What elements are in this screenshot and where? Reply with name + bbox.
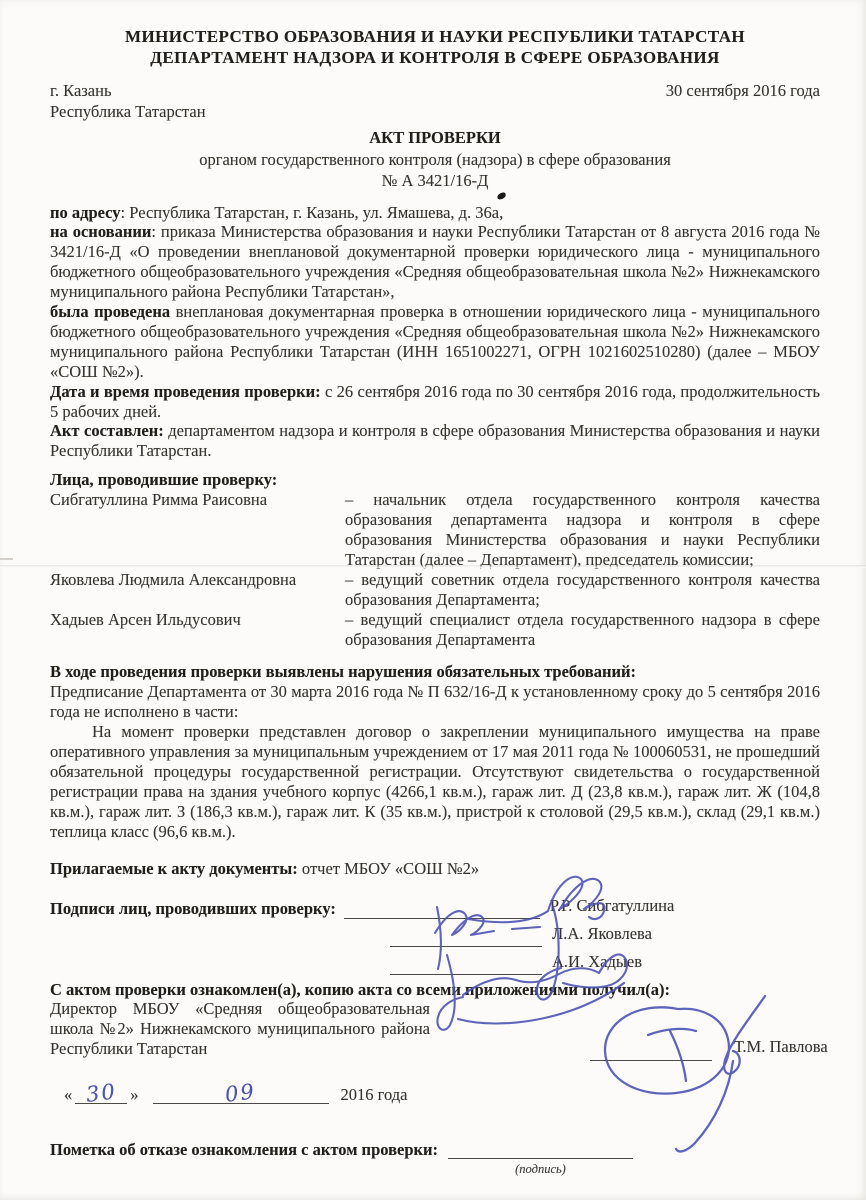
document-header: МИНИСТЕРСТВО ОБРАЗОВАНИЯ И НАУКИ РЕСПУБЛ… <box>50 26 820 68</box>
signatures-block: Подписи лиц, проводивших проверку: Р.Р. … <box>50 891 820 975</box>
inspector-role: – начальник отдела государственного конт… <box>345 490 820 570</box>
address-text: : Республика Татарстан, г. Казань, ул. Я… <box>121 203 504 222</box>
document-title: АКТ ПРОВЕРКИ <box>50 127 820 149</box>
paragraph-conducted: была проведена внеплановая документарная… <box>50 302 820 382</box>
recipient-signature-underline <box>590 1060 712 1061</box>
place-date-row: г. Казань Республика Татарстан 30 сентяб… <box>50 81 820 122</box>
inspector-name: Сибгатуллина Римма Раисовна <box>50 490 345 570</box>
basis-text: : приказа Министерства образования и нау… <box>50 222 820 301</box>
refusal-underline <box>448 1140 633 1159</box>
composed-text: департаментом надзора и контроля в сфере… <box>50 421 820 460</box>
acknowledgement-row: Директор МБОУ «Средняя общеобразовательн… <box>50 999 820 1061</box>
signature-underline <box>390 946 542 947</box>
document-number: № А 3421/16-Д <box>50 170 820 192</box>
refusal-caption: (подпись) <box>448 1160 633 1180</box>
conducted-label: была проведена <box>50 302 170 321</box>
signature-underline <box>344 918 540 919</box>
signature-row: А.И. Хадыев <box>50 947 820 975</box>
basis-label: на основании <box>50 222 151 241</box>
handwritten-month: 09 <box>224 1082 257 1106</box>
attachments-label: Прилагаемые к акту документы: <box>50 859 298 878</box>
signature-underline <box>390 974 542 975</box>
paragraph-datetime: Дата и время проведения проверки: с 26 с… <box>50 382 820 422</box>
department-name: ДЕПАРТАМЕНТ НАДЗОРА И КОНТРОЛЯ В СФЕРЕ О… <box>50 47 820 68</box>
violations-section: Предписание Департамента от 30 марта 201… <box>50 682 820 841</box>
address-label: по адресу <box>50 203 121 222</box>
title-block: АКТ ПРОВЕРКИ органом государственного ко… <box>50 127 820 192</box>
signature-row: Л.А. Яковлева <box>50 919 820 947</box>
inspector-row: Хадыев Арсен Ильдусович – ведущий специа… <box>50 610 820 650</box>
inspectors-list: Сибгатуллина Римма Раисовна – начальник … <box>50 490 820 649</box>
document-subtitle: органом государственного контроля (надзо… <box>50 149 820 171</box>
attachments-line: Прилагаемые к акту документы: отчет МБОУ… <box>50 859 820 879</box>
handwritten-day: 30 <box>85 1082 118 1106</box>
paragraph-basis: на основании: приказа Министерства образ… <box>50 222 820 302</box>
scanned-document-page: МИНИСТЕРСТВО ОБРАЗОВАНИЯ И НАУКИ РЕСПУБЛ… <box>0 0 866 1200</box>
ministry-name: МИНИСТЕРСТВО ОБРАЗОВАНИЯ И НАУКИ РЕСПУБЛ… <box>50 26 820 47</box>
inspector-role: – ведущий специалист отдела государствен… <box>345 610 820 650</box>
inspectors-heading: Лица, проводившие проверку: <box>50 470 820 490</box>
scan-edge-mark <box>0 558 13 560</box>
inspector-row: Сибгатуллина Римма Раисовна – начальник … <box>50 490 820 570</box>
acknowledgement-heading: С актом проверки ознакомлен(а), копию ак… <box>50 980 820 1000</box>
datetime-label: Дата и время проведения проверки: <box>50 382 321 401</box>
document-date: 30 сентября 2016 года <box>666 81 820 102</box>
inspector-row: Яковлева Людмила Александровна – ведущий… <box>50 570 820 610</box>
year-text: 2016 года <box>341 1085 408 1105</box>
inspector-name: Хадыев Арсен Ильдусович <box>50 610 345 650</box>
recipient-title: Директор МБОУ «Средняя общеобразовательн… <box>50 999 430 1061</box>
scan-seam-artifact <box>0 565 866 568</box>
violations-paragraph-1: Предписание Департамента от 30 марта 201… <box>50 682 820 722</box>
month-slot: 09 <box>153 1083 329 1105</box>
quote-close: » <box>130 1085 138 1105</box>
day-slot: 30 <box>75 1083 127 1105</box>
inspector-name: Яковлева Людмила Александровна <box>50 570 345 610</box>
inspector-signature-name: Р.Р. Сибгатуллина <box>550 896 674 919</box>
acknowledgement-date-row: « 30 » 09 2016 года <box>50 1074 820 1104</box>
refusal-label: Пометка об отказе ознакомления с актом п… <box>50 1140 438 1160</box>
signatures-label: Подписи лиц, проводивших проверку: <box>50 899 336 919</box>
inspector-role: – ведущий советник отдела государственно… <box>345 570 820 610</box>
refusal-line: Пометка об отказе ознакомления с актом п… <box>50 1140 820 1180</box>
composed-label: Акт составлен: <box>50 421 164 440</box>
attachments-text: отчет МБОУ «СОШ №2» <box>298 859 479 878</box>
recipient-signature-area: Т.М. Павлова <box>590 1037 828 1062</box>
violations-heading: В ходе проведения проверки выявлены нару… <box>50 662 820 682</box>
signature-row: Подписи лиц, проводивших проверку: Р.Р. … <box>50 891 820 919</box>
region: Республика Татарстан <box>50 102 206 123</box>
inspector-signature-name: Л.А. Яковлева <box>552 924 652 947</box>
place-block: г. Казань Республика Татарстан <box>50 81 206 122</box>
details-section: по адресу: Республика Татарстан, г. Каза… <box>50 203 820 462</box>
violations-paragraph-2: На момент проверки представлен договор о… <box>50 722 820 841</box>
recipient-name: Т.М. Павлова <box>734 1037 828 1062</box>
paragraph-address: по адресу: Республика Татарстан, г. Каза… <box>50 203 820 223</box>
city: г. Казань <box>50 81 206 102</box>
paragraph-composed: Акт составлен: департаментом надзора и к… <box>50 421 820 461</box>
inspector-signature-name: А.И. Хадыев <box>552 952 642 975</box>
document-content: МИНИСТЕРСТВО ОБРАЗОВАНИЯ И НАУКИ РЕСПУБЛ… <box>50 26 820 1180</box>
quote-open: « <box>64 1085 72 1105</box>
refusal-signature-slot: (подпись) <box>448 1140 633 1180</box>
